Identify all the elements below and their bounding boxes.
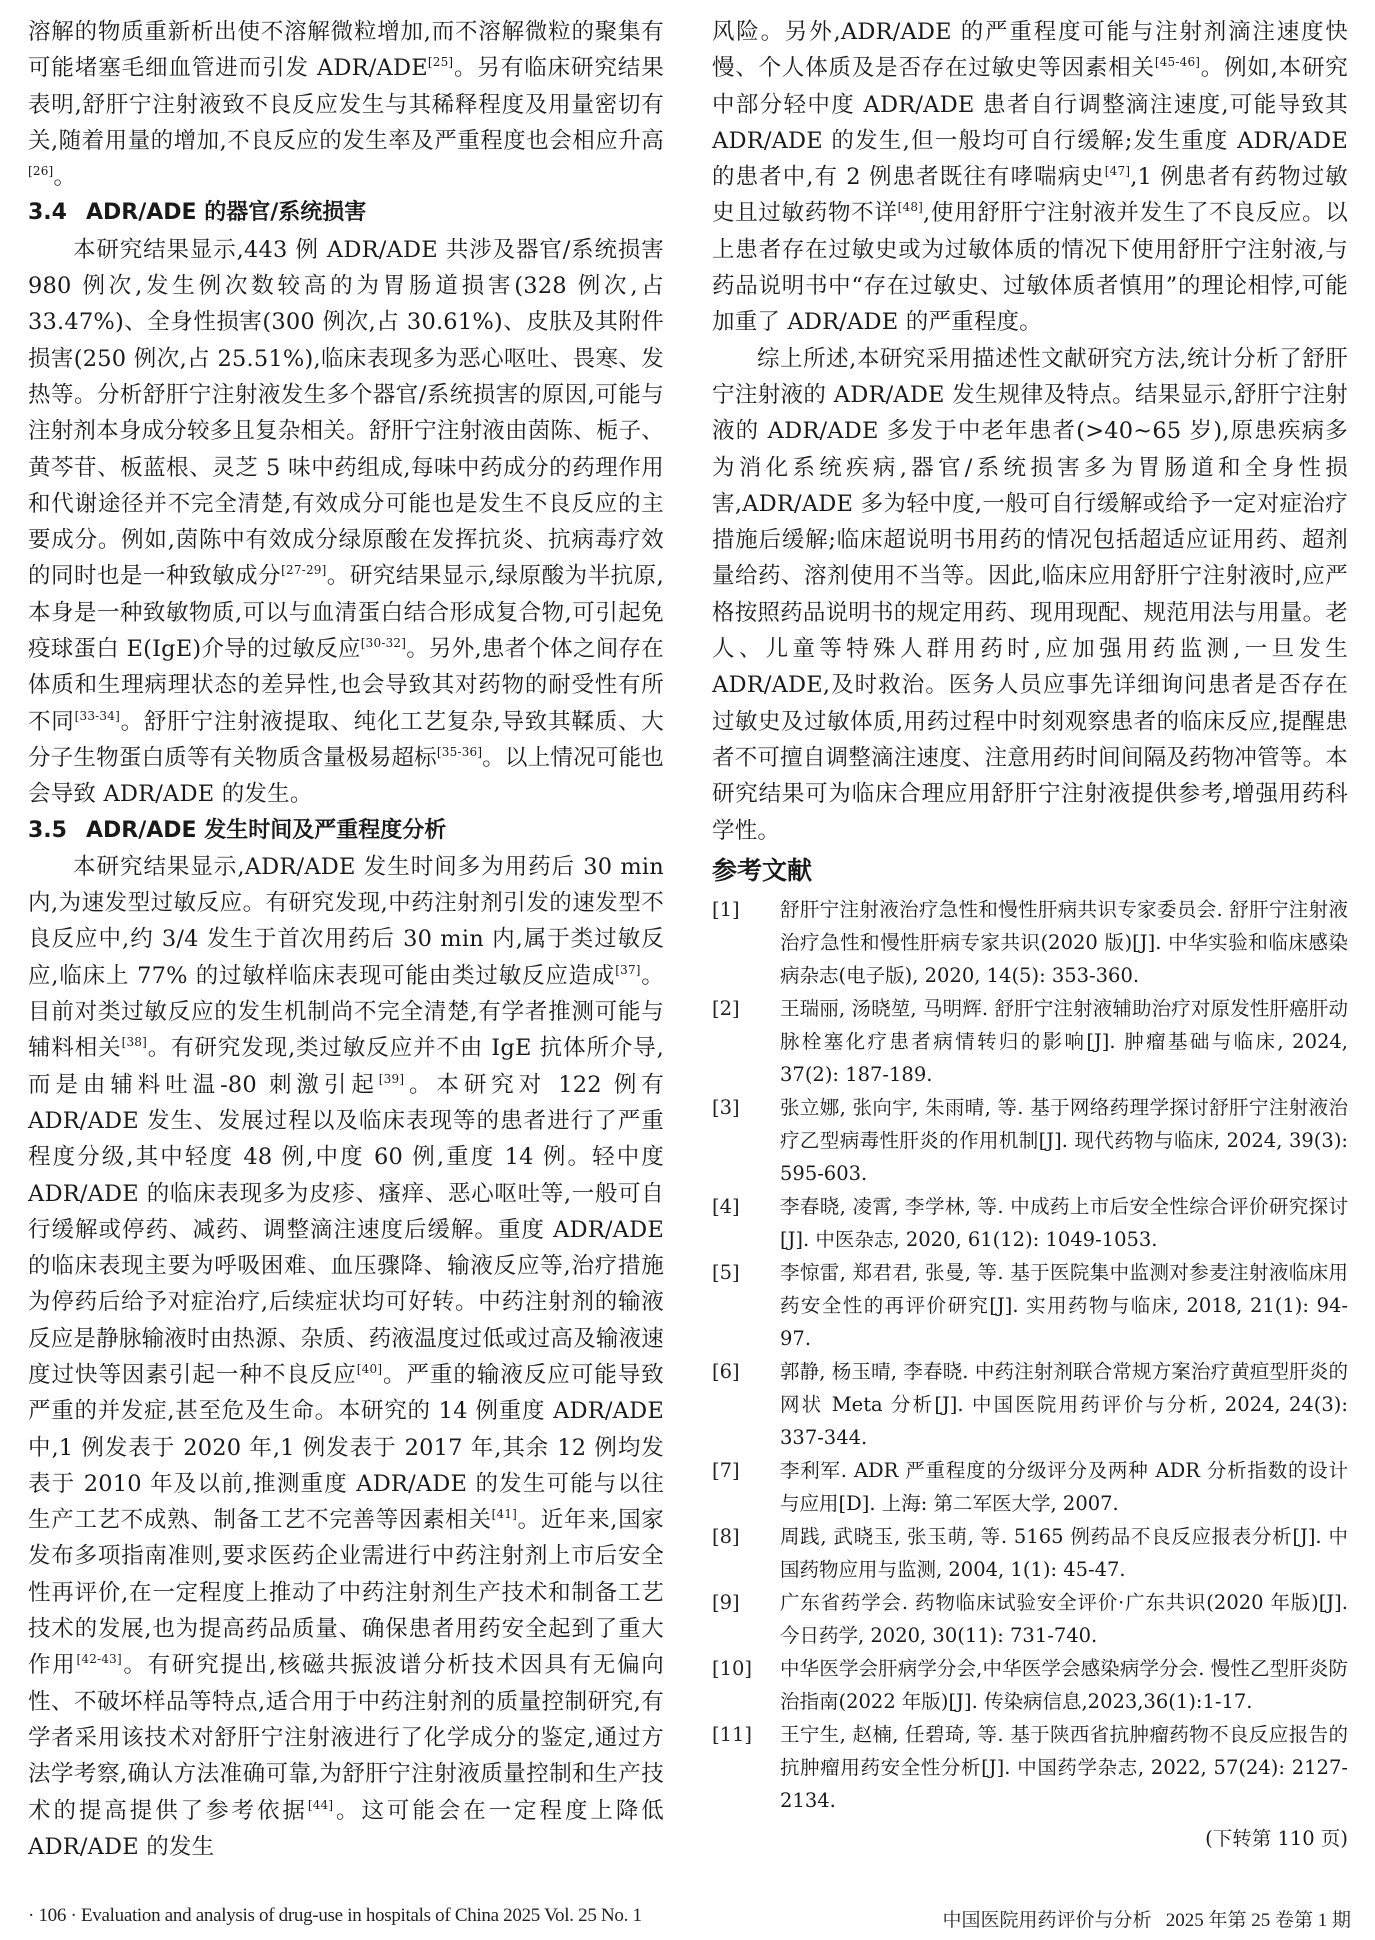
citation-link[interactable]: [38]: [122, 1035, 147, 1049]
section-number: 3.5: [28, 813, 86, 849]
citation-link[interactable]: [48]: [898, 200, 923, 214]
reference-item: [5]李惊雷, 郑君君, 张曼, 等. 基于医院集中监测对参麦注射液临床用药安全…: [712, 1256, 1348, 1355]
citation-link[interactable]: [37]: [615, 963, 640, 977]
reference-number: [2]: [712, 992, 780, 1091]
reference-number: [7]: [712, 1454, 780, 1520]
paragraph-organ-damage: 本研究结果显示,443 例 ADR/ADE 共涉及器官/系统损害 980 例次,…: [28, 232, 664, 813]
paragraph-conclusion: 综上所述,本研究采用描述性文献研究方法,统计分析了舒肝宁注射液的 ADR/ADE…: [712, 341, 1348, 849]
left-column: 溶解的物质重新析出使不溶解微粒增加,而不溶解微粒的聚集有可能堵塞毛细血管进而引发…: [28, 14, 664, 1865]
page-footer: · 106 · Evaluation and analysis of drug-…: [0, 1905, 1375, 1935]
reference-text: 李春晓, 凌霄, 李学林, 等. 中成药上市后安全性综合评价研究探讨[J]. 中…: [780, 1190, 1348, 1256]
footer-page-journal-en: · 106 · Evaluation and analysis of drug-…: [28, 1905, 642, 1927]
citation-link[interactable]: [44]: [308, 1798, 333, 1812]
reference-text: 舒肝宁注射液治疗急性和慢性肝病共识专家委员会. 舒肝宁注射液治疗急性和慢性肝病专…: [780, 893, 1348, 992]
citation-link[interactable]: [39]: [379, 1072, 404, 1086]
citation-link[interactable]: [27-29]: [281, 563, 326, 577]
reference-number: [4]: [712, 1190, 780, 1256]
citation-link[interactable]: [40]: [357, 1362, 382, 1376]
citation-link[interactable]: [41]: [492, 1507, 517, 1521]
citation-link[interactable]: [47]: [1105, 164, 1130, 178]
right-column: 风险。另外,ADR/ADE 的严重程度可能与注射剂滴注速度快慢、个人体质及是否存…: [712, 14, 1348, 1859]
reference-text: 郭静, 杨玉晴, 李春晓. 中药注射剂联合常规方案治疗黄疸型肝炎的网状 Meta…: [780, 1355, 1348, 1454]
reference-text: 中华医学会肝病学分会,中华医学会感染病学分会. 慢性乙型肝炎防治指南(2022 …: [780, 1652, 1348, 1718]
citation-link[interactable]: [30-32]: [361, 636, 406, 650]
reference-text: 王宁生, 赵楠, 任碧琦, 等. 基于陕西省抗肿瘤药物不良反应报告的抗肿瘤用药安…: [780, 1718, 1348, 1817]
reference-number: [11]: [712, 1718, 780, 1817]
citation-link[interactable]: [45-46]: [1155, 55, 1200, 69]
citation-link[interactable]: [33-34]: [75, 709, 120, 723]
reference-text: 周践, 武晓玉, 张玉萌, 等. 5165 例药品不良反应报表分析[J]. 中国…: [780, 1520, 1348, 1586]
reference-number: [8]: [712, 1520, 780, 1586]
section-title: ADR/ADE 发生时间及严重程度分析: [86, 818, 446, 843]
reference-text: 李惊雷, 郑君君, 张曼, 等. 基于医院集中监测对参麦注射液临床用药安全性的再…: [780, 1256, 1348, 1355]
reference-item: [10]中华医学会肝病学分会,中华医学会感染病学分会. 慢性乙型肝炎防治指南(2…: [712, 1652, 1348, 1718]
section-heading-3-4: 3.4ADR/ADE 的器官/系统损害: [28, 195, 664, 231]
reference-item: [4]李春晓, 凌霄, 李学林, 等. 中成药上市后安全性综合评价研究探讨[J]…: [712, 1190, 1348, 1256]
citation-link[interactable]: [25]: [428, 55, 453, 69]
reference-number: [5]: [712, 1256, 780, 1355]
section-title: ADR/ADE 的器官/系统损害: [86, 200, 366, 225]
references-heading: 参考文献: [712, 851, 1348, 891]
continued-note: (下转第 110 页): [712, 1819, 1348, 1859]
reference-number: [3]: [712, 1091, 780, 1190]
paragraph-dissolution-particles: 溶解的物质重新析出使不溶解微粒增加,而不溶解微粒的聚集有可能堵塞毛细血管进而引发…: [28, 14, 664, 195]
section-heading-3-5: 3.5ADR/ADE 发生时间及严重程度分析: [28, 813, 664, 849]
paragraph-onset-severity: 本研究结果显示,ADR/ADE 发生时间多为用药后 30 min 内,为速发型过…: [28, 849, 664, 1865]
citation-link[interactable]: [26]: [28, 164, 53, 178]
reference-item: [3]张立娜, 张向宇, 朱雨晴, 等. 基于网络药理学探讨舒肝宁注射液治疗乙型…: [712, 1091, 1348, 1190]
reference-number: [10]: [712, 1652, 780, 1718]
reference-text: 广东省药学会. 药物临床试验安全评价·广东共识(2020 年版)[J]. 今日药…: [780, 1586, 1348, 1652]
reference-number: [1]: [712, 893, 780, 992]
reference-number: [9]: [712, 1586, 780, 1652]
paragraph-risk-factors: 风险。另外,ADR/ADE 的严重程度可能与注射剂滴注速度快慢、个人体质及是否存…: [712, 14, 1348, 341]
section-number: 3.4: [28, 195, 86, 231]
reference-item: [1]舒肝宁注射液治疗急性和慢性肝病共识专家委员会. 舒肝宁注射液治疗急性和慢性…: [712, 893, 1348, 992]
reference-item: [9]广东省药学会. 药物临床试验安全评价·广东共识(2020 年版)[J]. …: [712, 1586, 1348, 1652]
reference-item: [2]王瑞丽, 汤晓堃, 马明辉. 舒肝宁注射液辅助治疗对原发性肝癌肝动脉栓塞化…: [712, 992, 1348, 1091]
reference-number: [6]: [712, 1355, 780, 1454]
reference-item: [11]王宁生, 赵楠, 任碧琦, 等. 基于陕西省抗肿瘤药物不良反应报告的抗肿…: [712, 1718, 1348, 1817]
reference-item: [7]李利军. ADR 严重程度的分级评分及两种 ADR 分析指数的设计与应用[…: [712, 1454, 1348, 1520]
citation-link[interactable]: [35-36]: [437, 745, 482, 759]
footer-journal-issue-cn: 中国医院用药评价与分析 2025 年第 25 卷第 1 期: [942, 1905, 1351, 1932]
citation-link[interactable]: [42-43]: [76, 1652, 121, 1666]
reference-text: 李利军. ADR 严重程度的分级评分及两种 ADR 分析指数的设计与应用[D].…: [780, 1454, 1348, 1520]
reference-item: [8]周践, 武晓玉, 张玉萌, 等. 5165 例药品不良反应报表分析[J].…: [712, 1520, 1348, 1586]
reference-list: [1]舒肝宁注射液治疗急性和慢性肝病共识专家委员会. 舒肝宁注射液治疗急性和慢性…: [712, 893, 1348, 1817]
reference-item: [6]郭静, 杨玉晴, 李春晓. 中药注射剂联合常规方案治疗黄疸型肝炎的网状 M…: [712, 1355, 1348, 1454]
reference-text: 王瑞丽, 汤晓堃, 马明辉. 舒肝宁注射液辅助治疗对原发性肝癌肝动脉栓塞化疗患者…: [780, 992, 1348, 1091]
reference-text: 张立娜, 张向宇, 朱雨晴, 等. 基于网络药理学探讨舒肝宁注射液治疗乙型病毒性…: [780, 1091, 1348, 1190]
